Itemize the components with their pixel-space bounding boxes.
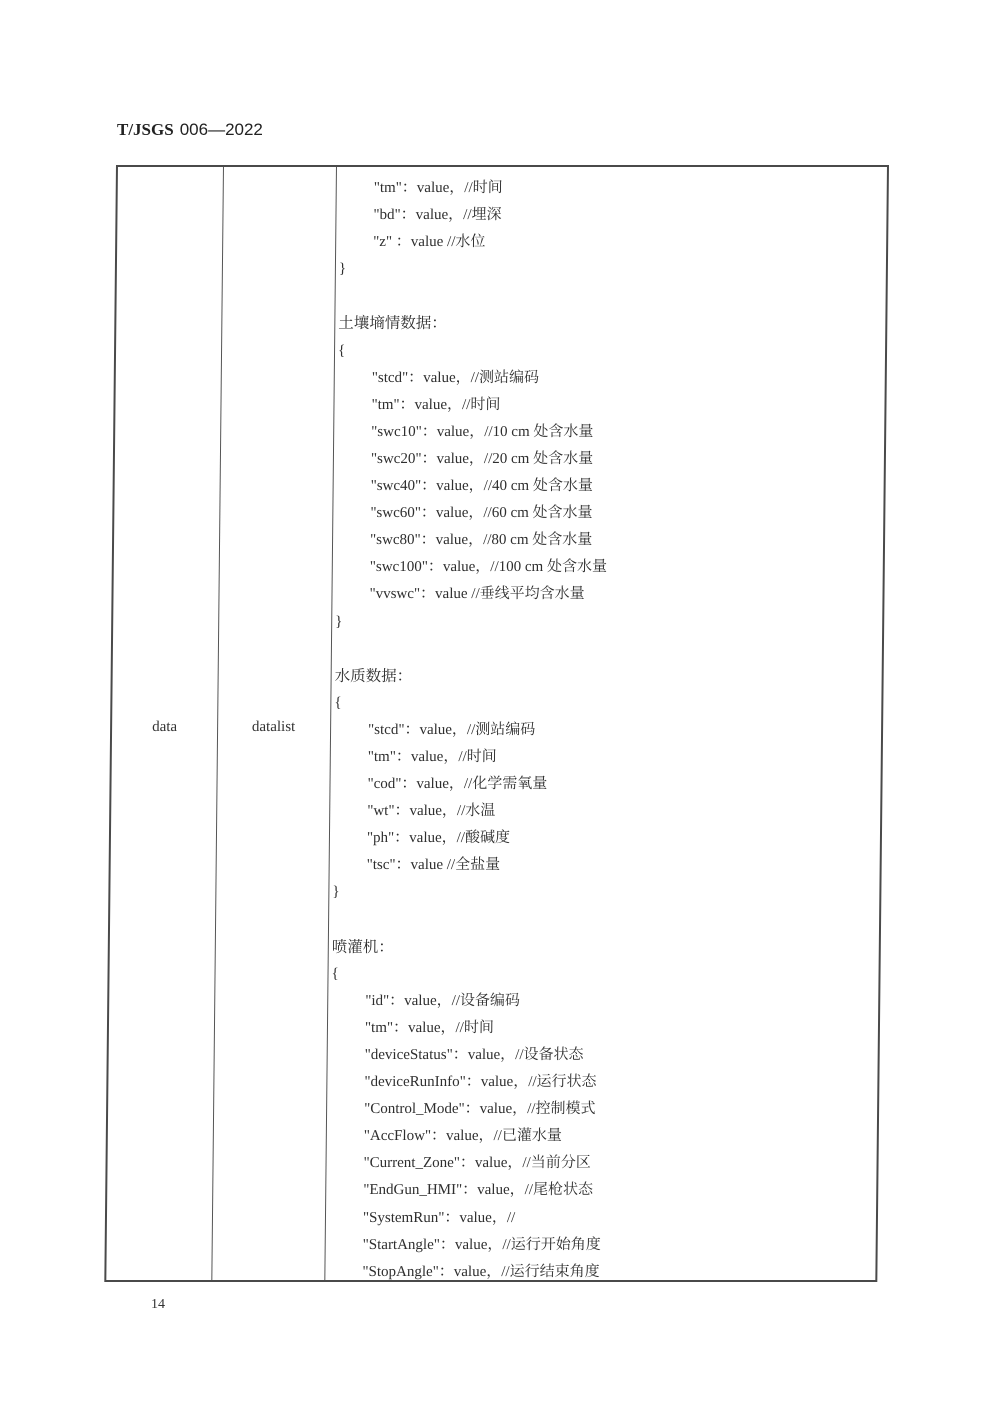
json-field: "StopAngle"：value，//运行结束角度 — [328, 1259, 875, 1286]
json-block-groundwater: "tm"：value，//时间 "bd"：value，//埋深 "z" ：val… — [339, 175, 887, 283]
json-field: "swc20"：value，//20 cm 处含水量 — [337, 446, 884, 473]
standard-header: T/JSGS006—2022 — [117, 120, 263, 140]
close-brace: } — [335, 609, 882, 636]
json-field: "AccFlow"：value，//已灌水量 — [330, 1123, 877, 1150]
json-field: "swc100"：value，//100 cm 处含水量 — [336, 554, 883, 581]
json-field: "id"：value，//设备编码 — [331, 988, 878, 1015]
json-field: "tm"：value，//时间 — [334, 744, 881, 771]
json-field: "tm"：value，//时间 — [337, 392, 884, 419]
json-field: "vvswc"：value //垂线平均含水量 — [335, 581, 882, 608]
field-type-cell: datalist — [217, 719, 330, 736]
json-field: "deviceRunInfo"：value，//运行状态 — [330, 1069, 877, 1096]
json-field: "swc40"：value，//40 cm 处含水量 — [336, 473, 883, 500]
json-field: "bd"：value，//埋深 — [339, 202, 886, 229]
json-field: "cod"：value，//化学需氧量 — [333, 771, 880, 798]
page-number: 14 — [151, 1297, 165, 1313]
data-spec-table: data datalist "tm"：value，//时间 "bd"：value… — [104, 165, 889, 1282]
json-block-water-quality: 水质数据： { "stcd"：value，//测站编码 "tm"：value，/… — [332, 663, 882, 907]
close-brace: } — [332, 879, 879, 906]
json-field: "ph"：value，//酸碱度 — [333, 825, 880, 852]
json-field: "swc80"：value，//80 cm 处含水量 — [336, 527, 883, 554]
block-heading: 喷灌机： — [332, 934, 879, 961]
open-brace: { — [338, 338, 885, 365]
json-field: "z" ：value //水位 — [339, 229, 886, 256]
block-heading: 土壤墒情数据： — [338, 310, 885, 337]
json-field: "Current_Zone"：value，//当前分区 — [329, 1150, 876, 1177]
json-block-sprinkler: 喷灌机： { "id"：value，//设备编码 "tm"：value，//时间… — [328, 934, 879, 1286]
json-field: "swc10"：value，//10 cm 处含水量 — [337, 419, 884, 446]
json-field: "swc60"：value，//60 cm 处含水量 — [336, 500, 883, 527]
json-field: "SystemRun"：value，// — [329, 1205, 876, 1232]
open-brace: { — [331, 961, 878, 988]
json-field: "tm"：value，//时间 — [331, 1015, 878, 1042]
json-field: "tsc"：value //全盐量 — [333, 852, 880, 879]
close-brace: } — [339, 256, 886, 283]
json-field: "stcd"：value，//测站编码 — [338, 365, 885, 392]
standard-number: 006—2022 — [180, 120, 263, 139]
json-field: "deviceStatus"：value，//设备状态 — [331, 1042, 878, 1069]
standard-code: T/JSGS — [117, 120, 174, 139]
block-heading: 水质数据： — [335, 663, 882, 690]
json-field: "EndGun_HMI"：value，//尾枪状态 — [329, 1177, 876, 1204]
datalist-content: "tm"：value，//时间 "bd"：value，//埋深 "z" ：val… — [328, 175, 887, 1286]
json-block-soil-moisture: 土壤墒情数据： { "stcd"：value，//测站编码 "tm"：value… — [335, 310, 885, 635]
json-field: "wt"：value，//水温 — [333, 798, 880, 825]
field-name-cell: data — [112, 719, 217, 736]
json-field: "Control_Mode"：value，//控制模式 — [330, 1096, 877, 1123]
json-field: "StartAngle"：value，//运行开始角度 — [329, 1232, 876, 1259]
json-field: "stcd"：value，//测站编码 — [334, 717, 881, 744]
open-brace: { — [334, 690, 881, 717]
json-field: "tm"：value，//时间 — [340, 175, 887, 202]
